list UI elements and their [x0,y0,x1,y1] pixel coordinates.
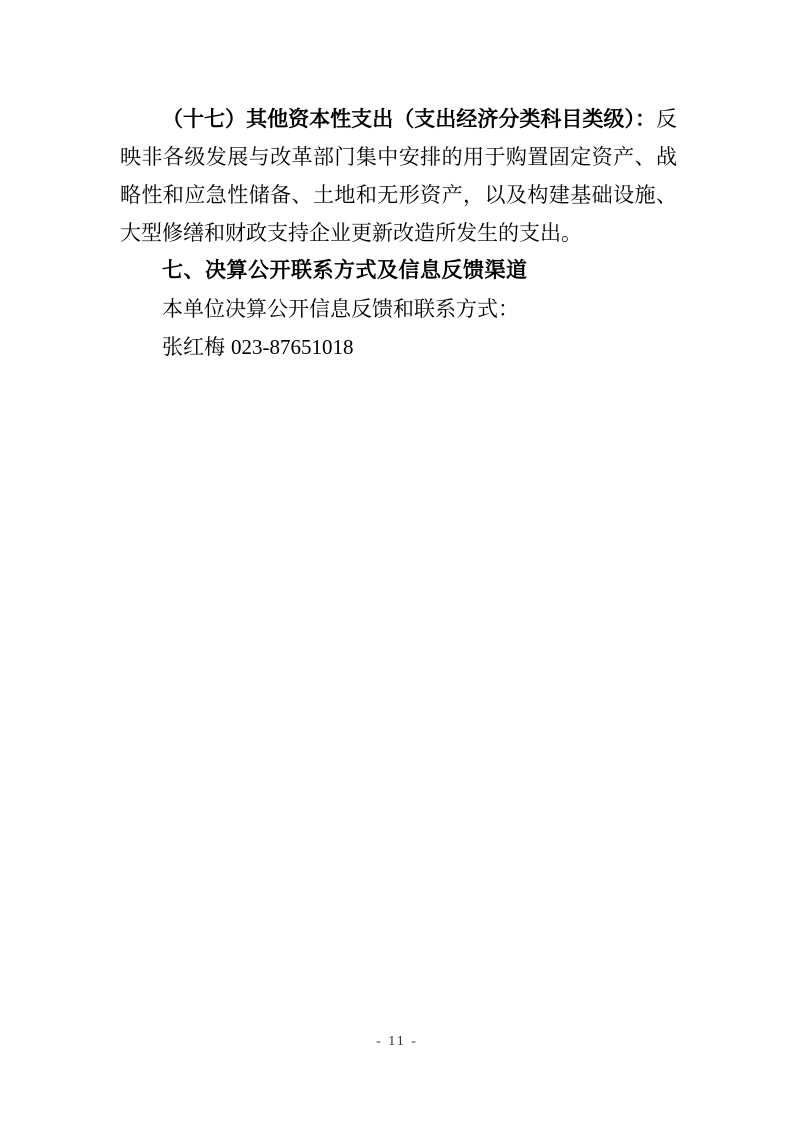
document-content: （十七）其他资本性支出（支出经济分类科目类级）：反映非各级发展与改革部门集中安排… [120,100,677,366]
paragraph-other-capital-expenditure: （十七）其他资本性支出（支出经济分类科目类级）：反映非各级发展与改革部门集中安排… [120,100,677,252]
contact-intro-line: 本单位决算公开信息反馈和联系方式： [120,290,677,328]
contact-name: 张红梅 [162,335,225,359]
section-heading-contact-channels: 七、决算公开联系方式及信息反馈渠道 [120,252,677,290]
contact-phone: 023-87651018 [231,335,354,359]
paragraph-lead-bold: （十七）其他资本性支出（支出经济分类科目类级）： [162,107,656,131]
page-number: - 11 - [0,1034,794,1050]
contact-line: 张红梅023-87651018 [120,328,677,366]
document-page: （十七）其他资本性支出（支出经济分类科目类级）：反映非各级发展与改革部门集中安排… [0,0,794,1122]
